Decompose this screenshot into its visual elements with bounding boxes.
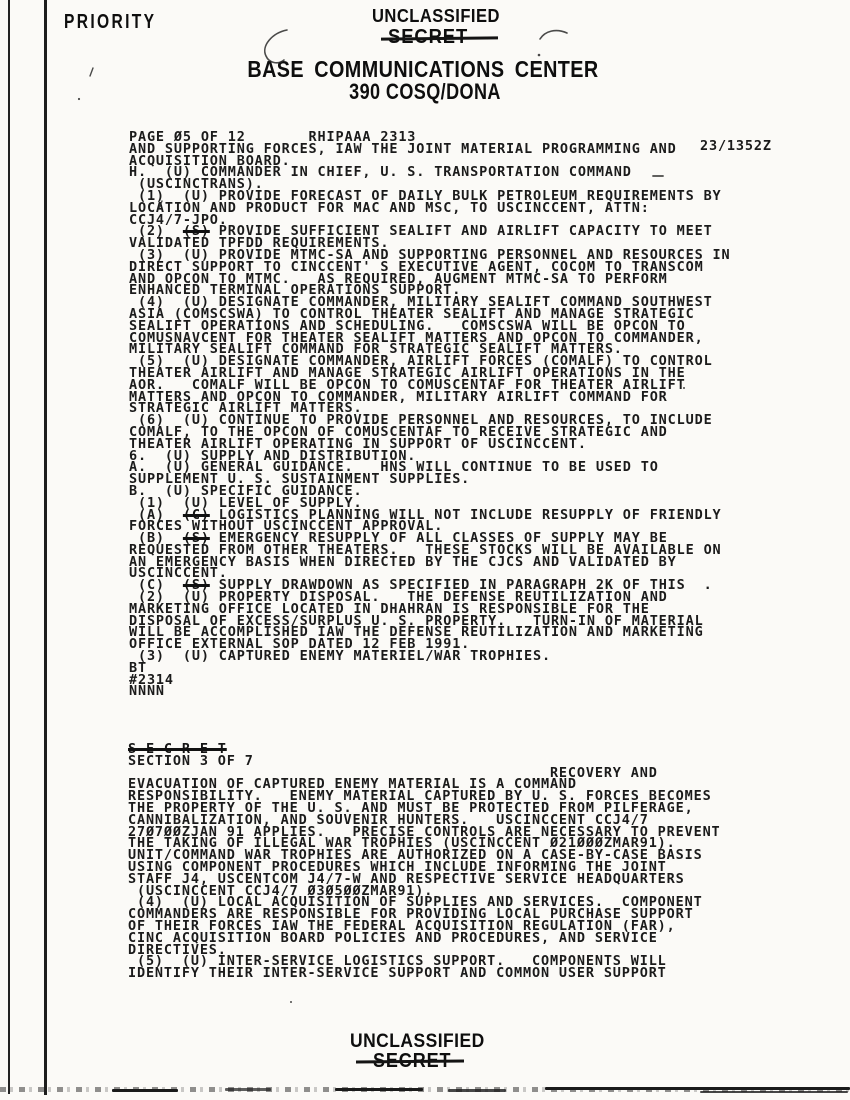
scan-noise-segment <box>335 1088 423 1091</box>
pen-tick-mark <box>90 68 93 76</box>
scan-fold-line-outer <box>8 0 10 1094</box>
scan-noise-segment <box>448 1089 506 1092</box>
document-subtitle: 390 COSQ/DONA <box>349 79 501 105</box>
scan-noise-segment <box>700 1091 848 1093</box>
scan-noise-segment <box>225 1088 271 1091</box>
message-text-line: (3) (U) CAPTURED ENEMY MATERIEL/WAR TROP… <box>129 651 731 663</box>
message-body-section-3: S E C R E TSECTION 3 OF 7 RECOVERY ANDEV… <box>128 744 721 980</box>
header-secret-strikethrough-line <box>381 36 498 40</box>
scan-speck <box>290 1001 292 1003</box>
scan-noise-segment <box>545 1087 850 1090</box>
scanned-document-page: PRIORITY UNCLASSIFIED SECRET BASE COMMUN… <box>0 0 850 1100</box>
message-body-page-5: PAGE Ø5 OF 12 RHIPAAA 2313AND SUPPORTING… <box>129 132 731 698</box>
scan-noise-segment <box>112 1089 178 1092</box>
scan-speck <box>78 98 80 100</box>
scan-fold-line-inner <box>44 0 47 1095</box>
message-text-line: NNNN <box>129 686 731 698</box>
message-text-line: #2314 <box>129 675 731 687</box>
message-text-line: IDENTIFY THEIR INTER-SERVICE SUPPORT AND… <box>128 968 721 980</box>
priority-stamp: PRIORITY <box>64 11 156 34</box>
header-unclassified-stamp: UNCLASSIFIED <box>372 6 500 27</box>
message-text-line: BT <box>129 663 731 675</box>
pen-squiggle-mark <box>540 31 567 39</box>
